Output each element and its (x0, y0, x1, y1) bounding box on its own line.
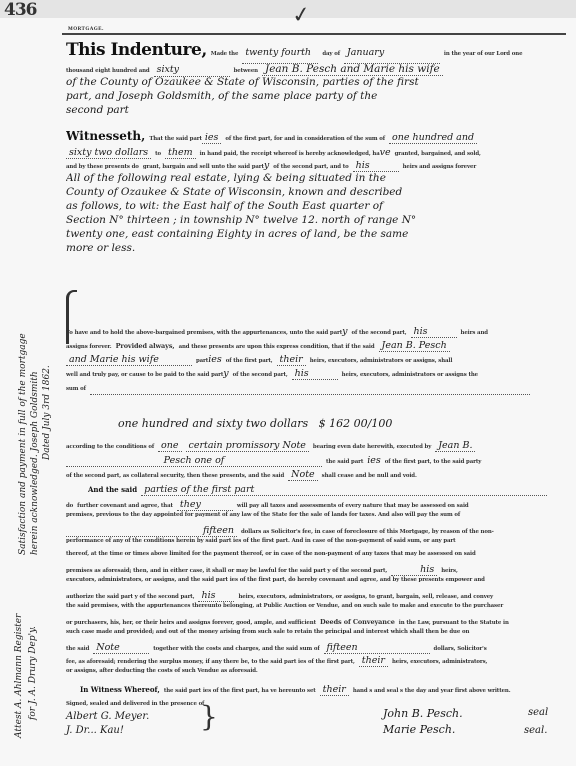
fill: their (320, 684, 349, 696)
fill: Pesch one of (66, 455, 322, 467)
in-year-label: in the year of our Lord one (444, 51, 522, 57)
note-line-3: of the second part, as collateral securi… (66, 467, 566, 482)
fill: ies (208, 354, 222, 365)
text: sum of (66, 386, 86, 392)
covenant-heading-line: And the said parties of the first part (88, 482, 566, 496)
fill: Jean B. (435, 440, 475, 452)
covenant-line-11: such case made and provided; and out of … (66, 627, 566, 638)
property-description-4: Section N° thirteen ; in township N° twe… (66, 214, 566, 226)
fill: their (277, 354, 306, 366)
fill: one (158, 440, 181, 452)
fill: ies (367, 455, 381, 466)
text: dollars, Solicitor's (434, 646, 487, 652)
text: according to the conditions of (66, 444, 154, 450)
seal-2: seal. (524, 725, 547, 736)
made-the-label: Made the (211, 51, 239, 57)
parties-fill: ies (202, 132, 222, 144)
margin-satisfaction-note: Satisfaction and payment in full of the … (18, 333, 28, 555)
testimonium-line: In Witness Whereof, the said part ies of… (80, 682, 566, 697)
proviso-heading: Provided always, (116, 342, 175, 350)
witness-signature-2: J. Dr... Kau! (66, 725, 124, 736)
day-field: twenty fourth (242, 43, 318, 64)
text: and these presents are upon this express… (179, 344, 375, 350)
habendum-line-2: assigns forever. Provided always, and th… (66, 338, 566, 353)
header-rule (62, 33, 566, 35)
blank-line (90, 394, 530, 395)
property-description-2: County of Ozaukee & State of Wisconsin, … (66, 186, 566, 198)
text: heirs, executors, administrators or assi… (342, 372, 478, 378)
text: together with the costs and charges, and… (153, 646, 319, 652)
signature-john-pesch: John B. Pesch. (383, 707, 463, 720)
habendum-line-1: To have and to hold the above-bargained … (66, 324, 566, 339)
indenture-line-2: thousand eight hundred and sixty between… (66, 62, 566, 77)
mortgage-document-page: 436 ✓ MORTGAGE. This Indenture, Made the… (0, 0, 576, 766)
parties-line-4: second part (66, 104, 566, 116)
part-field: y (264, 160, 269, 171)
text: or purchasers, his, her, or their heirs … (66, 620, 316, 626)
form-type-label: MORTGAGE. (68, 27, 104, 32)
covenant-line-14: or assigns, after deducting the costs of… (66, 666, 566, 677)
text: the said (66, 646, 89, 652)
text: heirs, executors, administrators, (392, 659, 487, 665)
text: heirs, (441, 568, 458, 574)
month-field: January (344, 43, 440, 64)
text: to (155, 151, 161, 157)
fill: his (411, 326, 457, 338)
text: of the first part, to the said party (385, 459, 482, 465)
text: of the second part, as collateral securi… (66, 473, 284, 479)
margin-satisfaction-note-2: herein acknowledged. Joseph Goldsmith (30, 371, 40, 555)
witnesseth-heading: Witnesseth, (66, 129, 145, 143)
text: dollars as Solicitor's fee, in case of f… (241, 529, 494, 535)
parties-line-3: part, and Joseph Goldsmith, of the same … (66, 90, 566, 102)
property-description-5: twenty one, east containing Eighty in ac… (66, 228, 566, 240)
covenant-line-2: premises, previous to the day appointed … (66, 510, 566, 521)
covenant-line-5: thereof, at the time or times above limi… (66, 549, 566, 560)
fill: y (223, 368, 228, 379)
property-description-1: All of the following real estate, lying … (66, 172, 566, 184)
text: heirs, executors, administrators or assi… (310, 358, 453, 364)
text: heirs and (461, 330, 488, 336)
note-line-1: according to the conditions of one certa… (66, 438, 566, 453)
text: granted, bargained, and sold, (395, 151, 481, 157)
witness-brace: } (200, 700, 218, 733)
text: fee, as aforesaid; rendering the surplus… (66, 659, 355, 665)
text: will pay all taxes and assessments of ev… (237, 503, 469, 509)
text: do (66, 503, 73, 509)
text: of the second part, and to (273, 164, 348, 170)
note-line-2: Pesch one of the said part ies of the fi… (66, 453, 566, 468)
text: grant, bargain and sell unto the said pa… (143, 164, 264, 170)
habendum-line-5: sum of (66, 380, 566, 395)
text: and by these presents do (66, 164, 139, 170)
deeds-heading: Deeds of Conveyance (320, 618, 395, 626)
text: hand s and seal s the day and year first… (353, 688, 511, 694)
scan-top-band (0, 0, 576, 18)
sum-field: one hundred and (389, 132, 477, 144)
signature-marie-pesch: Marie Pesch. (383, 723, 455, 736)
parties-field: Jean B. Pesch and Marie his wife (262, 63, 443, 76)
margin-register-note: Attest A. Ahlmann Register (14, 614, 24, 738)
text: in hand paid, the receipt whereof is her… (200, 151, 380, 157)
his-field: his (353, 160, 399, 172)
text: shall cease and be null and void. (322, 473, 417, 479)
mortgagor-field-cont: and Marie his wife (66, 354, 192, 366)
text: To have and to hold the above-bargained … (66, 330, 342, 336)
text: of the second part, (233, 372, 288, 378)
amount-line: one hundred and sixty two dollars $ 162 … (118, 418, 566, 430)
between-label: between (234, 68, 258, 74)
text: the said part ies of the first part, ha … (164, 688, 316, 694)
amount-figure: $ 162 00/100 (319, 418, 393, 430)
fill: y (342, 326, 347, 337)
indenture-heading: This Indenture, (66, 40, 207, 60)
witness-signature-1: Albert G. Meyer. (66, 711, 149, 722)
fill: certain promissory Note (186, 440, 309, 452)
text: in the Law, pursuant to the Statute in (399, 620, 509, 626)
text: That the said part (149, 136, 202, 142)
text: the said part (326, 459, 363, 465)
fill: his (292, 368, 338, 380)
fill: Note (288, 469, 317, 481)
ha-field: ve (380, 147, 391, 158)
covenant-line-4: performance of any of the conditions her… (66, 536, 566, 547)
covenant-heading: And the said (88, 485, 137, 494)
margin-satisfaction-date: Dated July 3rd 1862. (42, 365, 52, 460)
text: assigns forever. (66, 344, 112, 350)
text: of the first part, (226, 358, 273, 364)
property-description-6: more or less. (66, 242, 566, 254)
text: of the second part, (352, 330, 407, 336)
parties-line-2: of the County of Ozaukee & State of Wisc… (66, 76, 566, 88)
covenant-line-7: executors, administrators, or assigns, a… (66, 575, 566, 586)
text: premises as aforesaid; then, and in eith… (66, 568, 387, 574)
fill: parties of the first part (141, 484, 547, 496)
mortgagor-field: Jean B. Pesch (379, 340, 450, 352)
text: authorize the said part y of the second … (66, 594, 194, 600)
habendum-line-4: well and truly pay, or cause to be paid … (66, 366, 566, 381)
indenture-line-1: This Indenture, Made the twenty fourth d… (66, 40, 566, 64)
page-number: 436 (4, 0, 37, 20)
text: bearing even date herewith, executed by (313, 444, 431, 450)
text: well and truly pay, or cause to be paid … (66, 372, 223, 378)
text: part (196, 358, 208, 364)
check-mark-icon: ✓ (290, 1, 312, 29)
covenant-line-9: the said premises, with the appurtenance… (66, 601, 566, 612)
property-description-3: as follows, to wit: the East half of the… (66, 200, 566, 212)
attestation-label: Signed, sealed and delivered in the pres… (66, 699, 566, 710)
seal-1: seal (528, 707, 548, 718)
text: of the first part, for and in considerat… (225, 136, 385, 142)
day-of-label: day of (322, 51, 340, 57)
margin-register-note-2: for J. A. Drury Dep'y. (28, 626, 38, 720)
testimonium-heading: In Witness Whereof, (80, 685, 160, 694)
text: further covenant and agree, that (77, 503, 173, 509)
text: heirs and assigns forever (403, 164, 477, 170)
text: heirs, executors, administrators, or ass… (238, 594, 493, 600)
year-prefix-label: thousand eight hundred and (66, 68, 150, 74)
amount-words: one hundred and sixty two dollars (118, 418, 308, 430)
witnesseth-line-3: and by these presents do grant, bargain … (66, 158, 566, 173)
habendum-line-3: and Marie his wife parties of the first … (66, 352, 566, 367)
